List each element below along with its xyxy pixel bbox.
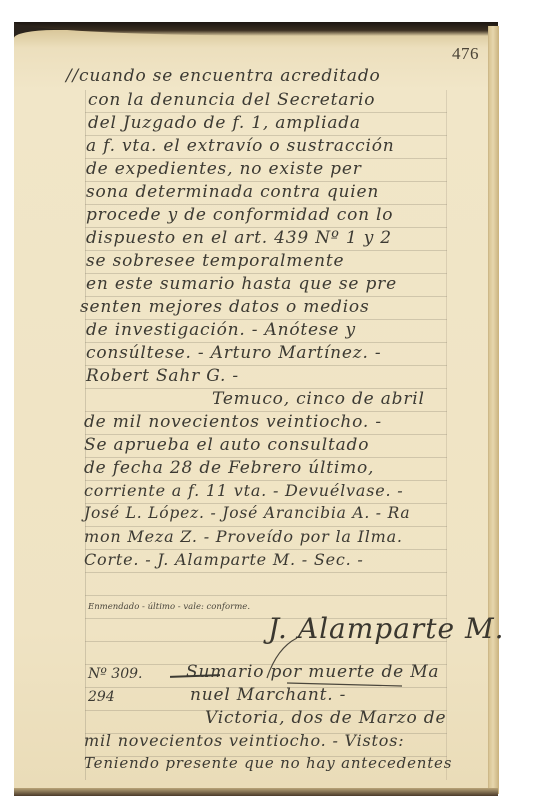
handwritten-line: mil novecientos veintiocho. - Vistos:	[84, 731, 404, 750]
handwritten-line: Teniendo presente que no hay antecedente…	[84, 754, 452, 772]
handwritten-line: senten mejores datos o medios	[80, 297, 370, 317]
page-number: 476	[452, 44, 479, 64]
handwritten-line: de fecha 28 de Febrero último,	[84, 458, 374, 478]
page-bottom-edge	[14, 788, 498, 796]
handwritten-line: Corte. - J. Alamparte M. - Sec. -	[84, 550, 364, 569]
handwritten-line: //cuando se encuentra acreditado	[66, 66, 381, 86]
handwritten-line: Victoria, dos de Marzo de	[205, 708, 446, 728]
handwritten-line: a f. vta. el extravío o sustracción	[86, 136, 395, 156]
handwritten-line: dispuesto en el art. 439 Nº 1 y 2	[86, 228, 392, 248]
handwritten-line: procede y de conformidad con lo	[86, 205, 393, 225]
handwritten-line: de expedientes, no existe per	[86, 159, 362, 179]
page-stack-edge	[488, 26, 499, 794]
handwritten-line: Robert Sahr G. -	[86, 366, 239, 386]
handwritten-line: corriente a f. 11 vta. - Devuélvase. -	[84, 481, 404, 500]
right-margin-rule	[446, 90, 447, 780]
handwritten-line: en este sumario hasta que se pre	[86, 274, 397, 294]
handwritten-line: con la denuncia del Secretario	[88, 90, 375, 110]
case-number: Nº 309.	[88, 666, 142, 682]
entry-title: Sumario por muerte de Ma	[186, 662, 439, 682]
handwritten-line: mon Meza Z. - Proveído por la Ilma.	[84, 527, 403, 546]
handwritten-line: Se aprueba el auto consultado	[84, 435, 369, 455]
secondary-case-number: 294	[88, 689, 115, 705]
handwritten-line: de mil novecientos veintiocho. -	[84, 412, 382, 432]
ruled-line	[85, 595, 447, 596]
handwritten-line: José L. López. - José Arancibia A. - Ra	[84, 504, 410, 522]
ruled-line	[85, 572, 447, 573]
entry-title-continued: nuel Marchant. -	[190, 685, 346, 705]
handwritten-line: consúltese. - Arturo Martínez. -	[86, 343, 381, 363]
handwritten-line: sona determinada contra quien	[86, 182, 379, 202]
handwritten-line: del Juzgado de f. 1, ampliada	[88, 113, 361, 133]
handwritten-line: de investigación. - Anótese y	[86, 320, 356, 340]
amendment-note: Enmendado - último - vale: conforme.	[88, 602, 250, 612]
handwritten-line: se sobresee temporalmente	[86, 251, 344, 271]
handwritten-line: Temuco, cinco de abril	[212, 389, 425, 409]
